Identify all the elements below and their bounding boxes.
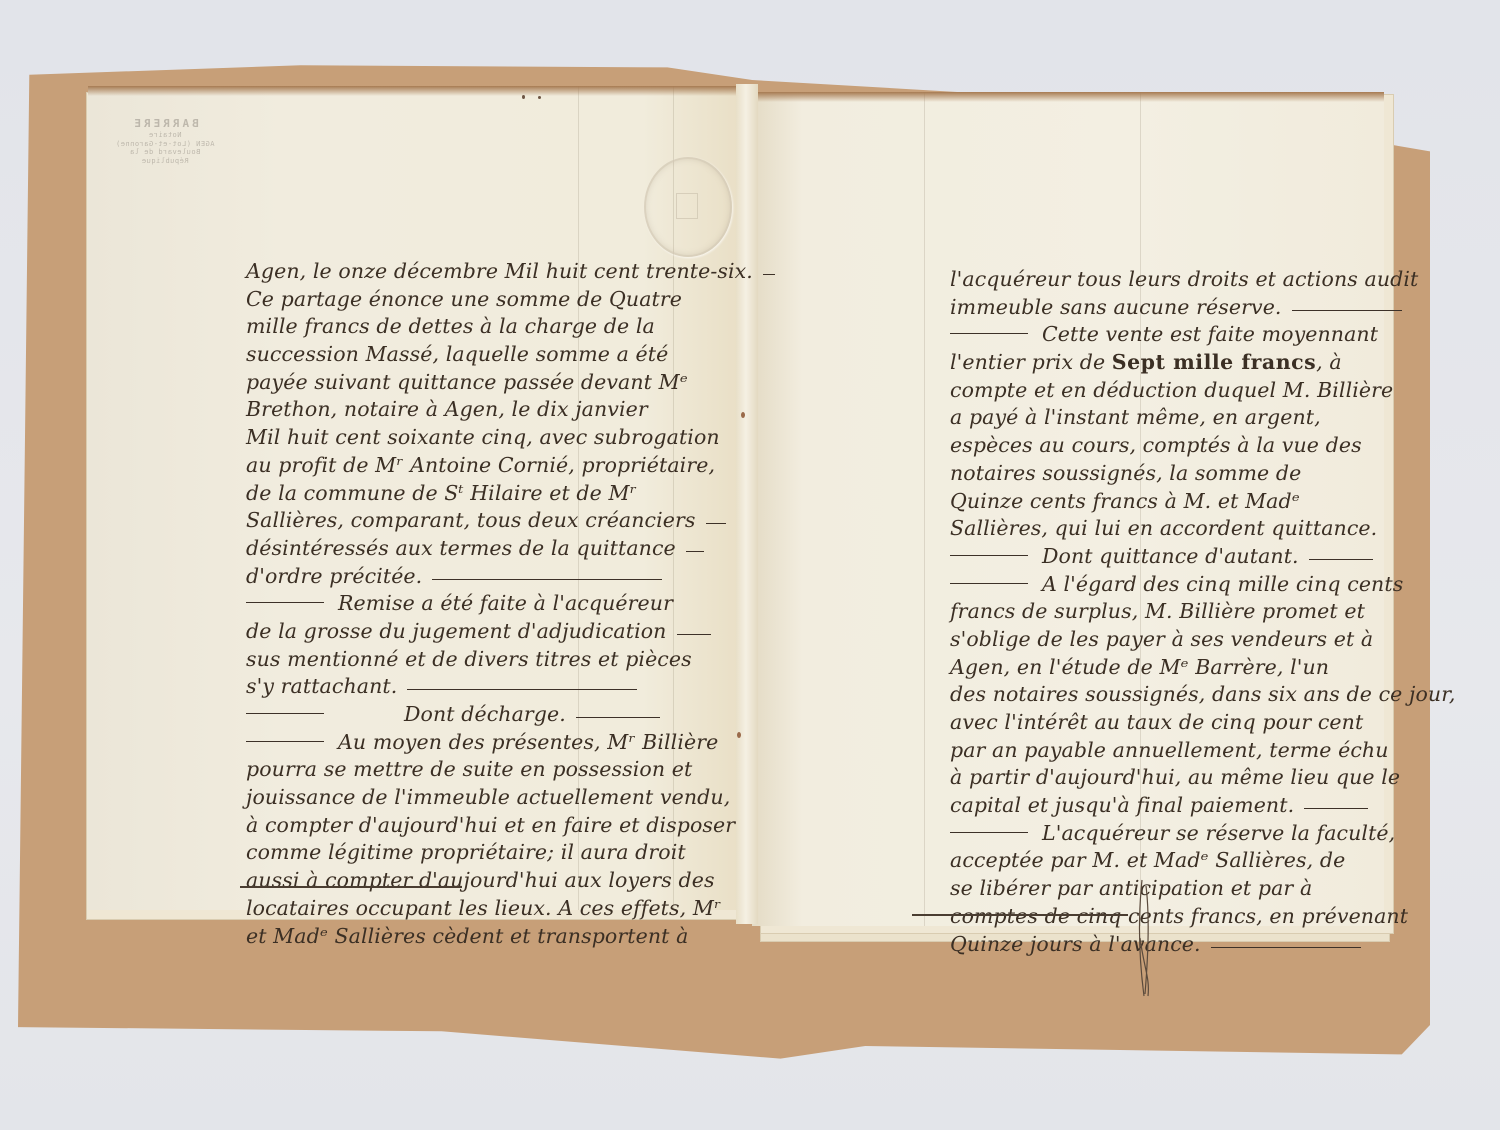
- line-text: aussi à compter d'aujourd'hui aux loyers…: [246, 868, 715, 892]
- text-line: désintéressés aux termes de la quittance: [246, 535, 736, 563]
- text-line: s'y rattachant.: [246, 673, 736, 701]
- line-text: à partir d'aujourd'hui, au même lieu que…: [950, 765, 1400, 789]
- line-text: Quinze cents francs à M. et Madᵉ: [950, 489, 1300, 513]
- line-text: comptes de cinq cents francs, en prévena…: [950, 904, 1408, 928]
- text-line: Quinze cents francs à M. et Madᵉ: [950, 488, 1400, 516]
- line-text: Brethon, notaire à Agen, le dix janvier: [246, 397, 648, 421]
- trailing-rule: [677, 634, 711, 635]
- text-line: d'ordre précitée.: [246, 563, 736, 591]
- text-line: francs de surplus, M. Billière promet et: [950, 598, 1400, 626]
- trailing-rule: [1304, 808, 1368, 809]
- line-text: de la commune de Sᵗ Hilaire et de Mʳ: [246, 481, 637, 505]
- page-margin-line: [924, 92, 925, 926]
- left-page-text: Agen, le onze décembre Mil huit cent tre…: [246, 258, 736, 950]
- line-text: acceptée par M. et Madᵉ Sallières, de: [950, 848, 1345, 872]
- text-line: s'oblige de les payer à ses vendeurs et …: [950, 626, 1400, 654]
- text-line: de la commune de Sᵗ Hilaire et de Mʳ: [246, 480, 736, 508]
- line-text: Remise a été faite à l'acquéreur: [338, 591, 673, 615]
- ink-speck: [538, 96, 541, 99]
- line-text: notaires soussignés, la somme de: [950, 461, 1301, 485]
- trailing-rule: [686, 551, 704, 552]
- line-text: mille francs de dettes à la charge de la: [246, 314, 655, 338]
- paraph-flourish-icon: [1136, 878, 1156, 998]
- text-line: Remise a été faite à l'acquéreur: [246, 590, 736, 618]
- indent-rule: [950, 333, 1028, 334]
- text-line: à compter d'aujourd'hui et en faire et d…: [246, 812, 736, 840]
- text-line: capital et jusqu'à final paiement.: [950, 792, 1400, 820]
- line-text: sus mentionné et de divers titres et piè…: [246, 647, 692, 671]
- line-text: Mil huit cent soixante cinq, avec subrog…: [246, 425, 720, 449]
- text-line: compte et en déduction duquel M. Billièr…: [950, 377, 1400, 405]
- indent-rule: [246, 713, 324, 714]
- trailing-rule: [1211, 947, 1361, 948]
- line-text: comme légitime propriétaire; il aura dro…: [246, 840, 686, 864]
- indent-rule: [246, 741, 324, 742]
- indent-rule: [950, 583, 1028, 584]
- text-line: notaires soussignés, la somme de: [950, 460, 1400, 488]
- line-text: par an payable annuellement, terme échu: [950, 738, 1389, 762]
- text-line: de la grosse du jugement d'adjudication: [246, 618, 736, 646]
- text-line: a payé à l'instant même, en argent,: [950, 404, 1400, 432]
- text-line: comme légitime propriétaire; il aura dro…: [246, 839, 736, 867]
- line-text: L'acquéreur se réserve la faculté,: [1042, 821, 1395, 845]
- text-line: par an payable annuellement, terme échu: [950, 737, 1400, 765]
- line-text: Sallières, comparant, tous deux créancie…: [246, 508, 696, 532]
- text-line: Quinze jours à l'avance.: [950, 931, 1400, 959]
- foxing-spot: [737, 732, 741, 738]
- closing-rule-right: [912, 914, 1128, 916]
- text-line: succession Massé, laquelle somme a été: [246, 341, 736, 369]
- line-text: a payé à l'instant même, en argent,: [950, 405, 1321, 429]
- line-text: d'ordre précitée.: [246, 564, 422, 588]
- text-line: espèces au cours, comptés à la vue des: [950, 432, 1400, 460]
- text-line: Brethon, notaire à Agen, le dix janvier: [246, 396, 736, 424]
- line-text: pourra se mettre de suite en possession …: [246, 757, 692, 781]
- text-line: au profit de Mʳ Antoine Cornié, propriét…: [246, 452, 736, 480]
- trailing-rule: [706, 523, 726, 524]
- emphasized-amount: Sept mille francs: [1112, 350, 1316, 374]
- text-line: Agen, en l'étude de Mᵉ Barrère, l'un: [950, 654, 1400, 682]
- text-line: Sallières, qui lui en accordent quittanc…: [950, 515, 1400, 543]
- line-text: A l'égard des cinq mille cinq cents: [1042, 572, 1403, 596]
- line-text-after: , à: [1316, 350, 1342, 374]
- line-text: désintéressés aux termes de la quittance: [246, 536, 676, 560]
- line-text: et Madᵉ Sallières cèdent et transportent…: [246, 924, 688, 948]
- indent-rule: [246, 602, 324, 603]
- line-text: espèces au cours, comptés à la vue des: [950, 433, 1362, 457]
- text-line: à partir d'aujourd'hui, au même lieu que…: [950, 764, 1400, 792]
- line-text: à compter d'aujourd'hui et en faire et d…: [246, 813, 735, 837]
- text-line: pourra se mettre de suite en possession …: [246, 756, 736, 784]
- line-text: Ce partage énonce une somme de Quatre: [246, 287, 682, 311]
- text-line: immeuble sans aucune réserve.: [950, 294, 1400, 322]
- worn-top-edge: [88, 86, 740, 96]
- text-line: Dont décharge.: [246, 701, 736, 729]
- text-line: Dont quittance d'autant.: [950, 543, 1400, 571]
- trailing-rule: [1309, 559, 1373, 560]
- line-text: Agen, en l'étude de Mᵉ Barrère, l'un: [950, 655, 1329, 679]
- line-text: Dont quittance d'autant.: [1042, 544, 1299, 568]
- line-text: succession Massé, laquelle somme a été: [246, 342, 668, 366]
- line-text: Quinze jours à l'avance.: [950, 932, 1201, 956]
- text-line: Mil huit cent soixante cinq, avec subrog…: [246, 424, 736, 452]
- line-text: immeuble sans aucune réserve.: [950, 295, 1282, 319]
- text-line: A l'égard des cinq mille cinq cents: [950, 571, 1400, 599]
- text-line: Ce partage énonce une somme de Quatre: [246, 286, 736, 314]
- line-text: locataires occupant les lieux. A ces eff…: [246, 896, 721, 920]
- text-line: Sallières, comparant, tous deux créancie…: [246, 507, 736, 535]
- notary-stamp-show-through: BARRERE Notaire AGEN (Lot-et-Garonne) Bo…: [110, 117, 220, 166]
- text-line: L'acquéreur se réserve la faculté,: [950, 820, 1400, 848]
- embossed-seal-icon: [644, 157, 732, 257]
- text-line: l'acquéreur tous leurs droits et actions…: [950, 266, 1400, 294]
- ink-speck: [522, 95, 525, 99]
- trailing-rule: [576, 717, 660, 718]
- text-line: jouissance de l'immeuble actuellement ve…: [246, 784, 736, 812]
- line-text: jouissance de l'immeuble actuellement ve…: [246, 785, 730, 809]
- line-text: s'y rattachant.: [246, 674, 397, 698]
- line-text: Sallières, qui lui en accordent quittanc…: [950, 516, 1377, 540]
- line-text: payée suivant quittance passée devant Mᵉ: [246, 370, 688, 394]
- text-line: acceptée par M. et Madᵉ Sallières, de: [950, 847, 1400, 875]
- text-line: mille francs de dettes à la charge de la: [246, 313, 736, 341]
- line-text: Cette vente est faite moyennant: [1042, 322, 1378, 346]
- text-line: comptes de cinq cents francs, en prévena…: [950, 903, 1400, 931]
- line-text: compte et en déduction duquel M. Billièr…: [950, 378, 1393, 402]
- text-line: aussi à compter d'aujourd'hui aux loyers…: [246, 867, 736, 895]
- text-line: avec l'intérêt au taux de cinq pour cent: [950, 709, 1400, 737]
- text-line: sus mentionné et de divers titres et piè…: [246, 646, 736, 674]
- trailing-rule: [763, 274, 775, 275]
- line-text: francs de surplus, M. Billière promet et: [950, 599, 1365, 623]
- line-text: l'acquéreur tous leurs droits et actions…: [950, 267, 1418, 291]
- text-line: et Madᵉ Sallières cèdent et transportent…: [246, 923, 736, 951]
- text-line: Cette vente est faite moyennant: [950, 321, 1400, 349]
- line-text: l'entier prix de: [950, 350, 1112, 374]
- text-line: Agen, le onze décembre Mil huit cent tre…: [246, 258, 736, 286]
- foxing-spot: [741, 412, 745, 418]
- line-text: Agen, le onze décembre Mil huit cent tre…: [246, 259, 753, 283]
- line-text: s'oblige de les payer à ses vendeurs et …: [950, 627, 1373, 651]
- text-line: des notaires soussignés, dans six ans de…: [950, 681, 1400, 709]
- line-text: Au moyen des présentes, Mʳ Billière: [338, 730, 718, 754]
- line-text: avec l'intérêt au taux de cinq pour cent: [950, 710, 1363, 734]
- line-text: des notaires soussignés, dans six ans de…: [950, 682, 1455, 706]
- indent-rule: [950, 555, 1028, 556]
- text-line: Au moyen des présentes, Mʳ Billière: [246, 729, 736, 757]
- line-text: au profit de Mʳ Antoine Cornié, propriét…: [246, 453, 715, 477]
- right-page-text: l'acquéreur tous leurs droits et actions…: [950, 266, 1400, 958]
- text-line: payée suivant quittance passée devant Mᵉ: [246, 369, 736, 397]
- line-text: capital et jusqu'à final paiement.: [950, 793, 1294, 817]
- closing-rule-left: [240, 886, 462, 888]
- trailing-rule: [432, 579, 662, 580]
- indent-rule: [950, 832, 1028, 833]
- trailing-rule: [407, 689, 637, 690]
- line-text: Dont décharge.: [404, 702, 566, 726]
- text-line: locataires occupant les lieux. A ces eff…: [246, 895, 736, 923]
- text-line: se libérer par anticipation et par à: [950, 875, 1400, 903]
- trailing-rule: [1292, 310, 1402, 311]
- book-gutter: [736, 84, 758, 924]
- text-line: l'entier prix de Sept mille francs, à: [950, 349, 1400, 377]
- line-text: de la grosse du jugement d'adjudication: [246, 619, 667, 643]
- worn-top-edge: [752, 92, 1384, 102]
- line-text: se libérer par anticipation et par à: [950, 876, 1312, 900]
